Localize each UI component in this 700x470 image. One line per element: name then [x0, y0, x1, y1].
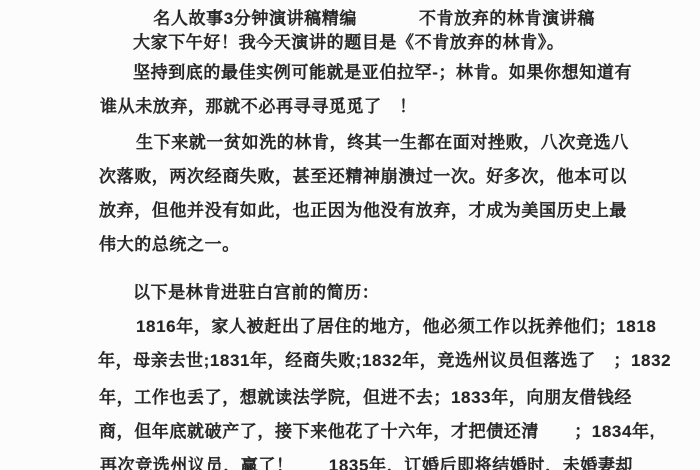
- text-line: 年，母亲去世;1831年，经商失败;1832年，竞选州议员但落选了 ；1832: [98, 351, 671, 370]
- text-line: 1816年，家人被赶出了居住的地方，他必须工作以抚养他们；1818: [136, 317, 656, 336]
- header-left-text: 名人故事3分钟演讲稿精编: [153, 9, 357, 28]
- text-line: 大家下午好！我今天演讲的题目是《不肯放弃的林肯》。: [133, 33, 565, 52]
- text-line: 坚持到底的最佳实例可能就是亚伯拉罕-；林肯。如果你想知道有: [133, 63, 632, 82]
- text-line: 伟大的总统之一。: [99, 235, 240, 254]
- text-line-partial: 再次竞选州议员，赢了！ 1835年，订婚后即将结婚时，未婚妻却: [100, 456, 633, 470]
- text-line: 年，工作也丢了，想就读法学院，但进不去；1833年，向朋友借钱经: [99, 388, 632, 407]
- document-page: 名人故事3分钟演讲稿精编不肯放弃的林肯演讲稿 大家下午好！我今天演讲的题目是《不…: [0, 0, 700, 470]
- text-line: 以下是林肯进驻白宫前的简历：: [133, 283, 379, 302]
- text-line: 次落败，两次经商失败，甚至还精神崩溃过一次。好多次，他本可以: [99, 167, 627, 186]
- text-line: 放弃，但他并没有如此，也正因为他没有放弃，才成为美国历史上最: [99, 201, 627, 220]
- text-line: 商，但年底就破产了，接下来他花了十六年，才把债还清 ；1834年,: [99, 422, 655, 441]
- header-right-text: 不肯放弃的林肯演讲稿: [419, 9, 595, 28]
- text-line: 生下来就一贫如洗的林肯，终其一生都在面对挫败，八次竞选八: [136, 133, 629, 152]
- text-line: 谁从未放弃，那就不必再寻寻觅觅了 ！: [100, 97, 417, 116]
